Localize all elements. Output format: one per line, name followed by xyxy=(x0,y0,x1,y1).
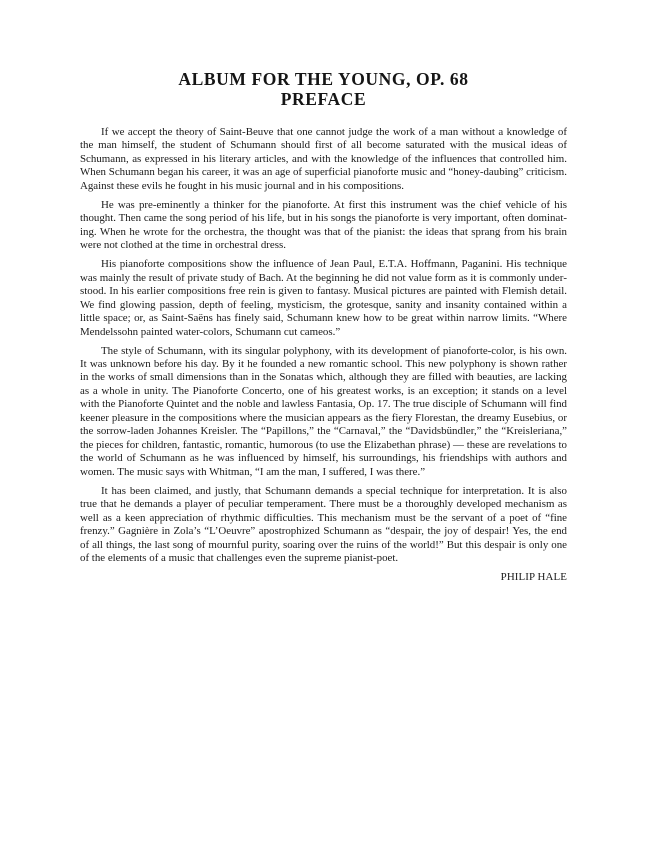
paragraph-3: His pianoforte compositions show the inf… xyxy=(80,258,567,339)
paragraph-1: If we accept the theory of Saint-Beuve t… xyxy=(80,126,567,193)
title-subtitle: PREFACE xyxy=(80,90,567,110)
paragraph-4: The style of Schumann, with its singular… xyxy=(80,345,567,480)
preface-body: If we accept the theory of Saint-Beuve t… xyxy=(80,126,567,584)
paragraph-5: It has been claimed, and justly, that Sc… xyxy=(80,485,567,566)
paragraph-2: He was pre-eminently a thinker for the p… xyxy=(80,199,567,253)
title-main: ALBUM FOR THE YOUNG, OP. 68 xyxy=(80,70,567,90)
author-signature: PHILIP HALE xyxy=(80,571,567,584)
page-title: ALBUM FOR THE YOUNG, OP. 68 PREFACE xyxy=(80,70,567,109)
